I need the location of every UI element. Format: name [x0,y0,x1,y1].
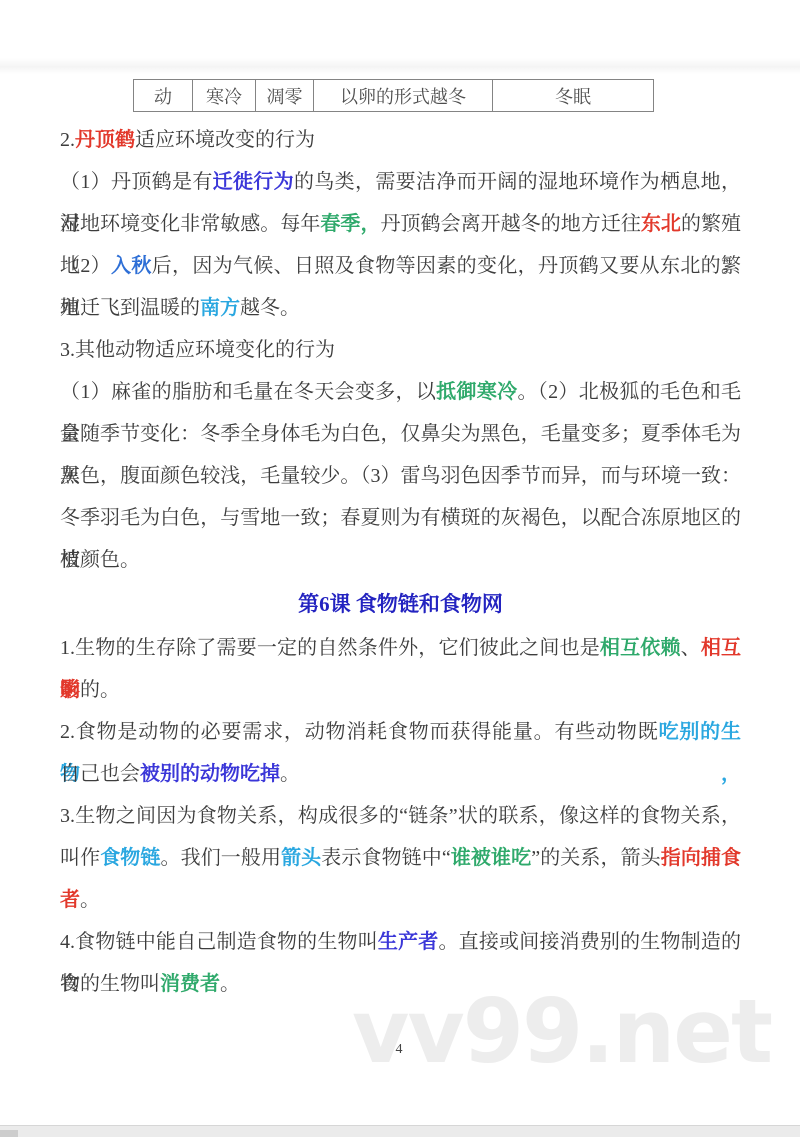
text-segment: 1.生物的生存除了需要一定的自然条件外，它们彼此之间也是 [60,637,600,659]
text-segment: 3.其他动物适应环境变化的行为 [60,339,335,361]
highlight-azure: 入秋 [111,255,152,277]
text-segment: 。 [280,763,300,785]
text-line: 3.其他动物适应环境变化的行为 [60,329,741,371]
text-line: 2.食物是动物的必要需求，动物消耗食物而获得能量。有些动物既吃别的生物， [60,711,741,753]
text-segment: ”的关系，箭头 [531,847,661,869]
text-segment: 4.食物链中能自己制造食物的生物叫 [60,931,378,953]
text-segment: 。 [80,889,100,911]
text-line: 叫作食物链。我们一般用箭头表示食物链中“谁被谁吃”的关系，箭头指向捕食 [60,837,741,879]
text-line: 4.食物链中能自己制造食物的生物叫生产者。直接或间接消费别的生物制造的食 [60,921,741,963]
paragraph-block-1: 2.丹顶鹤适应环境改变的行为（1）丹顶鹤是有迁徙行为的鸟类，需要洁净而开阔的湿地… [60,119,741,581]
highlight-green: 春季， [320,213,380,235]
text-line: 被颜色。 [60,539,741,581]
table-cell: 寒冷 [193,80,256,112]
text-segment: 自己也会 [60,763,140,785]
text-segment: 2.食物是动物的必要需求，动物消耗食物而获得能量。有些动物既 [60,721,659,743]
text-line: 会随季节变化：冬季全身体毛为白色，仅鼻尖为黑色，毛量变多；夏季体毛为灰 [60,413,741,455]
next-page-edge [0,1125,800,1137]
text-line: 响的。 [60,669,741,711]
text-segment: 物的生物叫 [60,973,160,995]
text-segment: 、 [681,637,701,659]
text-line: 2.丹顶鹤适应环境改变的行为 [60,119,741,161]
highlight-red: 丹顶鹤 [75,129,135,151]
text-line: 者。 [60,879,741,921]
text-line: 湿地环境变化非常敏感。每年春季，丹顶鹤会离开越冬的地方迁往东北的繁殖地。 [60,203,741,245]
section-heading: 第6课 食物链和食物网 [60,581,741,627]
page-fold-shadow [0,58,800,74]
text-segment: 被颜色。 [60,549,140,571]
text-segment: （1）丹顶鹤是有 [60,171,213,193]
highlight-green: 抵御寒冷 [436,381,517,403]
text-segment: 湿地环境变化非常敏感。每年 [60,213,320,235]
text-segment: 适应环境改变的行为 [135,129,315,151]
highlight-blue: 迁徙行为 [213,171,294,193]
text-segment: 丹顶鹤会离开越冬的地方迁往 [381,213,641,235]
text-line: （2）入秋后，因为气候、日照及食物等因素的变化，丹顶鹤又要从东北的繁殖 [60,245,741,287]
text-line: （1）麻雀的脂肪和毛量在冬天会变多，以抵御寒冷。（2）北极狐的毛色和毛量 [60,371,741,413]
text-segment: 叫作 [60,847,100,869]
highlight-cyan: 食物链 [100,847,160,869]
scan-corner-artifact [0,1130,18,1137]
table-cell: 凋零 [256,80,314,112]
highlight-red: 指向捕食 [661,847,741,869]
text-line: 地迁飞到温暖的南方越冬。 [60,287,741,329]
watermark: vv99.net [352,988,771,1076]
text-segment: 越冬。 [240,297,300,319]
page-number: 4 [384,1042,414,1058]
text-segment: 地迁飞到温暖的 [60,297,200,319]
highlight-cyan: 南方 [200,297,240,319]
text-line: 冬季羽毛为白色，与雪地一致；春夏则为有横斑的灰褐色，以配合冻原地区的植 [60,497,741,539]
highlight-cyan: 箭头 [281,847,321,869]
text-segment: 。我们一般用 [161,847,282,869]
highlight-green: 消费者 [160,973,220,995]
highlight-red: 东北 [641,213,681,235]
winter-behavior-table: 动寒冷凋零以卵的形式越冬冬眠 [133,79,654,112]
highlight-green: 谁被谁吃 [451,847,531,869]
text-segment: 2. [60,129,75,151]
text-segment: （1）麻雀的脂肪和毛量在冬天会变多，以 [60,381,436,403]
table-cell: 动 [134,80,193,112]
highlight-green: 相互依赖 [600,637,681,659]
text-segment: 。 [220,973,240,995]
text-line: 3.生物之间因为食物关系，构成很多的“链条”状的联系，像这样的食物关系， [60,795,741,837]
table-row: 动寒冷凋零以卵的形式越冬冬眠 [134,80,654,112]
highlight-blue: 被别的动物吃掉 [140,763,280,785]
text-segment: 表示食物链中“ [321,847,450,869]
highlight-blue: 生产者 [378,931,439,953]
highlight-red: 响 [60,679,80,701]
text-segment: 黑色，腹面颜色较浅，毛量较少。（3）雷鸟羽色因季节而异，而与环境一致： [60,465,741,487]
text-line: 黑色，腹面颜色较浅，毛量较少。（3）雷鸟羽色因季节而异，而与环境一致： [60,455,741,497]
text-line: （1）丹顶鹤是有迁徙行为的鸟类，需要洁净而开阔的湿地环境作为栖息地，对 [60,161,741,203]
paragraph-block-2: 1.生物的生存除了需要一定的自然条件外，它们彼此之间也是相互依赖、相互影响的。2… [60,627,741,1005]
text-segment: 的。 [80,679,120,701]
document-body: 2.丹顶鹤适应环境改变的行为（1）丹顶鹤是有迁徙行为的鸟类，需要洁净而开阔的湿地… [60,119,741,1005]
text-line: 1.生物的生存除了需要一定的自然条件外，它们彼此之间也是相互依赖、相互影 [60,627,741,669]
text-segment: 3.生物之间因为食物关系，构成很多的“链条”状的联系，像这样的食物关系， [60,805,741,827]
table-cell: 以卵的形式越冬 [314,80,493,112]
table-cell: 冬眠 [493,80,654,112]
text-segment: （2） [60,255,111,277]
highlight-red: 者 [60,889,80,911]
